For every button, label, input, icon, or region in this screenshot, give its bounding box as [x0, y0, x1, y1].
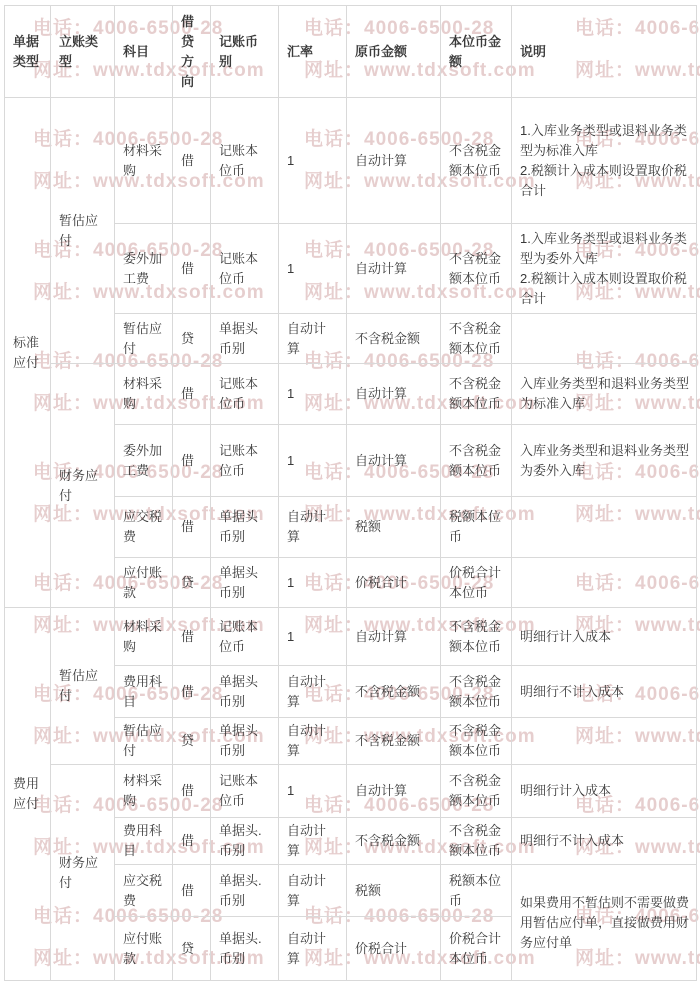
- note-cell: [512, 718, 697, 765]
- currency-cell: 记账本 位币: [211, 765, 279, 818]
- base-amount-cell: 不含税金 额本位币: [441, 718, 512, 765]
- subject-cell: 委外加 工费: [115, 425, 173, 497]
- note-cell: 1.入库业务类型或退料业务类 型为委外入库 2.税额计入成本则设置取价税 合计: [512, 224, 697, 314]
- subject-cell: 费用科 目: [115, 818, 173, 865]
- subject-cell: 材料采 购: [115, 98, 173, 224]
- col-header-base-amount: 本位币金 额: [441, 6, 512, 98]
- col-header-account-type: 立账类 型: [51, 6, 115, 98]
- original-amount-cell: 自动计算: [347, 425, 441, 497]
- rate-cell: 自动计 算: [279, 497, 347, 558]
- note-cell: 入库业务类型和退料业务类型 为标准入库: [512, 364, 697, 425]
- base-amount-cell: 不含税金 额本位币: [441, 224, 512, 314]
- currency-cell: 单据头 币别: [211, 666, 279, 718]
- original-amount-cell: 价税合计: [347, 917, 441, 981]
- rate-cell: 自动计 算: [279, 917, 347, 981]
- rate-cell: 自动计 算: [279, 818, 347, 865]
- subject-cell: 应交税 费: [115, 865, 173, 917]
- direction-cell: 借: [173, 497, 211, 558]
- direction-cell: 借: [173, 666, 211, 718]
- rate-cell: 1: [279, 98, 347, 224]
- col-header-note: 说明: [512, 6, 697, 98]
- original-amount-cell: 税额: [347, 497, 441, 558]
- base-amount-cell: 税额本位 币: [441, 865, 512, 917]
- direction-cell: 借: [173, 98, 211, 224]
- account-type-cell: 暂估应 付: [51, 608, 115, 765]
- currency-cell: 记账本 位币: [211, 608, 279, 666]
- currency-cell: 记账本 位币: [211, 224, 279, 314]
- subject-cell: 暂估应 付: [115, 718, 173, 765]
- original-amount-cell: 自动计算: [347, 608, 441, 666]
- currency-cell: 记账本 位币: [211, 425, 279, 497]
- subject-cell: 应付账 款: [115, 917, 173, 981]
- rate-cell: 自动计 算: [279, 314, 347, 364]
- direction-cell: 借: [173, 765, 211, 818]
- direction-cell: 贷: [173, 718, 211, 765]
- direction-cell: 借: [173, 425, 211, 497]
- rate-cell: 自动计 算: [279, 865, 347, 917]
- currency-cell: 记账本 位币: [211, 364, 279, 425]
- subject-cell: 材料采 购: [115, 364, 173, 425]
- rate-cell: 自动计 算: [279, 718, 347, 765]
- base-amount-cell: 不含税金 额本位币: [441, 765, 512, 818]
- original-amount-cell: 不含税金额: [347, 818, 441, 865]
- col-header-doc-type: 单据 类型: [5, 6, 51, 98]
- col-header-original-amount: 原币金额: [347, 6, 441, 98]
- rate-cell: 1: [279, 364, 347, 425]
- note-cell: 明细行计入成本: [512, 608, 697, 666]
- table-row: 财务应 付 材料采 购 借 记账本 位币 1 自动计算 不含税金 额本位币 入库…: [5, 364, 697, 425]
- currency-cell: 单据头 币别: [211, 497, 279, 558]
- rate-cell: 1: [279, 425, 347, 497]
- payable-entry-table: 单据 类型 立账类 型 科目 借 贷 方 向 记账币 别 汇率 原币金额 本位币…: [4, 5, 697, 981]
- currency-cell: 单据头 币别: [211, 558, 279, 608]
- note-cell: 明细行不计入成本: [512, 666, 697, 718]
- subject-cell: 材料采 购: [115, 608, 173, 666]
- account-type-cell: 财务应 付: [51, 765, 115, 981]
- doc-type-cell: 费用 应付: [5, 608, 51, 981]
- currency-cell: 单据头. 币别: [211, 917, 279, 981]
- note-cell: 明细行不计入成本: [512, 818, 697, 865]
- base-amount-cell: 不含税金 额本位币: [441, 98, 512, 224]
- direction-cell: 贷: [173, 314, 211, 364]
- original-amount-cell: 自动计算: [347, 364, 441, 425]
- doc-type-cell: 标准 应付: [5, 98, 51, 608]
- original-amount-cell: 税额: [347, 865, 441, 917]
- header-row: 单据 类型 立账类 型 科目 借 贷 方 向 记账币 别 汇率 原币金额 本位币…: [5, 6, 697, 98]
- original-amount-cell: 不含税金额: [347, 666, 441, 718]
- direction-cell: 贷: [173, 917, 211, 981]
- note-cell: 如果费用不暂估则不需要做费 用暂估应付单，直接做费用财 务应付单: [512, 865, 697, 981]
- base-amount-cell: 价税合计 本位币: [441, 917, 512, 981]
- direction-cell: 借: [173, 608, 211, 666]
- base-amount-cell: 不含税金 额本位币: [441, 818, 512, 865]
- subject-cell: 材料采 购: [115, 765, 173, 818]
- subject-cell: 应交税 费: [115, 497, 173, 558]
- base-amount-cell: 价税合计 本位币: [441, 558, 512, 608]
- subject-cell: 暂估应 付: [115, 314, 173, 364]
- table-row: 财务应 付 材料采 购 借 记账本 位币 1 自动计算 不含税金 额本位币 明细…: [5, 765, 697, 818]
- account-type-cell: 财务应 付: [51, 364, 115, 608]
- table-row: 标准 应付 暂估应 付 材料采 购 借 记账本 位币 1 自动计算 不含税金 额…: [5, 98, 697, 224]
- original-amount-cell: 价税合计: [347, 558, 441, 608]
- currency-cell: 单据头 币别: [211, 718, 279, 765]
- original-amount-cell: 自动计算: [347, 98, 441, 224]
- currency-cell: 记账本 位币: [211, 98, 279, 224]
- original-amount-cell: 不含税金额: [347, 718, 441, 765]
- page: 电话：4006-6500-28网址：www.tdxsoft.com电话：4006…: [0, 0, 700, 984]
- direction-cell: 贷: [173, 558, 211, 608]
- direction-cell: 借: [173, 224, 211, 314]
- currency-cell: 单据头. 币别: [211, 818, 279, 865]
- subject-cell: 费用科 目: [115, 666, 173, 718]
- direction-cell: 借: [173, 364, 211, 425]
- note-cell: [512, 314, 697, 364]
- base-amount-cell: 不含税金 额本位币: [441, 364, 512, 425]
- note-cell: [512, 497, 697, 558]
- note-cell: 1.入库业务类型或退料业务类 型为标准入库 2.税额计入成本则设置取价税 合计: [512, 98, 697, 224]
- rate-cell: 1: [279, 608, 347, 666]
- rate-cell: 1: [279, 224, 347, 314]
- base-amount-cell: 不含税金 额本位币: [441, 425, 512, 497]
- base-amount-cell: 税额本位 币: [441, 497, 512, 558]
- account-type-cell: 暂估应 付: [51, 98, 115, 364]
- rate-cell: 自动计 算: [279, 666, 347, 718]
- original-amount-cell: 自动计算: [347, 765, 441, 818]
- subject-cell: 应付账 款: [115, 558, 173, 608]
- direction-cell: 借: [173, 818, 211, 865]
- original-amount-cell: 自动计算: [347, 224, 441, 314]
- currency-cell: 单据头 币别: [211, 314, 279, 364]
- rate-cell: 1: [279, 558, 347, 608]
- note-cell: [512, 558, 697, 608]
- original-amount-cell: 不含税金额: [347, 314, 441, 364]
- direction-cell: 借: [173, 865, 211, 917]
- table-row: 费用 应付 暂估应 付 材料采 购 借 记账本 位币 1 自动计算 不含税金 额…: [5, 608, 697, 666]
- base-amount-cell: 不含税金 额本位币: [441, 608, 512, 666]
- col-header-direction: 借 贷 方 向: [173, 6, 211, 98]
- currency-cell: 单据头. 币别: [211, 865, 279, 917]
- base-amount-cell: 不含税金 额本位币: [441, 666, 512, 718]
- col-header-currency: 记账币 别: [211, 6, 279, 98]
- rate-cell: 1: [279, 765, 347, 818]
- col-header-subject: 科目: [115, 6, 173, 98]
- col-header-rate: 汇率: [279, 6, 347, 98]
- base-amount-cell: 不含税金 额本位币: [441, 314, 512, 364]
- subject-cell: 委外加 工费: [115, 224, 173, 314]
- note-cell: 入库业务类型和退料业务类型 为委外入库: [512, 425, 697, 497]
- note-cell: 明细行计入成本: [512, 765, 697, 818]
